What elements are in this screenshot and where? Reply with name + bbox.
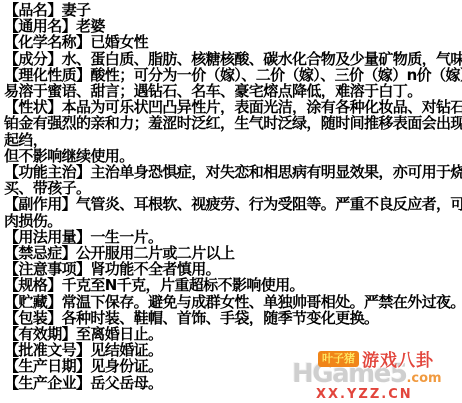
line-precautions: 【注意事项】肾功能不全者慎用。 (4, 261, 462, 277)
line-contraindications: 【禁忌症】公开服用二片或二片以上 (4, 245, 462, 261)
line-appearance-cont3: 但不影响继续使用。 (4, 148, 462, 164)
line-ingredients: 【成分】水、蛋白质、脂肪、核糖核酸、碳水化合物及少量矿物质，气味幽香。 (4, 51, 462, 67)
wife-spoof-drug-label-page: 【品名】妻子 【通用名】老婆 【化学名称】已婚女性 【成分】水、蛋白质、脂肪、核… (0, 0, 462, 403)
line-properties-cont: 易溶于蜜语、甜言；遇钻石、名车、豪宅熔点降低，难溶于白丁。 (4, 83, 462, 99)
label-text-block: 【品名】妻子 【通用名】老婆 【化学名称】已婚女性 【成分】水、蛋白质、脂肪、核… (4, 2, 462, 391)
line-chemical-name: 【化学名称】已婚女性 (4, 34, 462, 50)
line-appearance-cont1: 铂金有强烈的亲和力；羞涩时泛红，生气时泛绿，随时间推移表面会出现黄斑， (4, 115, 462, 131)
line-packaging: 【包装】各种时装、鞋帽、首饰、手袋，随季节变化更换。 (4, 310, 462, 326)
line-storage: 【贮藏】常温下保存。避免与成群女性、单独帅哥相处。严禁在外过夜。 (4, 294, 462, 310)
line-generic-name: 【通用名】老婆 (4, 18, 462, 34)
line-side-effects-cont: 肉损伤。 (4, 213, 462, 229)
line-appearance: 【性状】本品为可乐状凹凸异性片，表面光洁，涂有各种化妆品、对钻石、 (4, 99, 462, 115)
line-appearance-cont2: 起绉， (4, 132, 462, 148)
line-indications: 【功能主治】主治单身恐惧症，对失恋和相思病有明显效果，亦可用于烧淘洗 (4, 164, 462, 180)
line-side-effects: 【副作用】气管炎、耳根软、视疲劳、行为受阻等。严重不良反应者，可致皮 (4, 196, 462, 212)
line-dosage: 【用法用量】一生一片。 (4, 229, 462, 245)
line-properties: 【理化性质】酸性；可分为一价（嫁）、二价（嫁）、三价（嫁）n价（嫁）。 (4, 67, 462, 83)
line-manufacturer: 【生产企业】岳父岳母。 (4, 375, 462, 391)
line-approval-number: 【批准文号】见结婚证。 (4, 342, 462, 358)
line-expiry: 【有效期】至离婚日止。 (4, 326, 462, 342)
line-indications-cont: 买、带孩子。 (4, 180, 462, 196)
line-production-date: 【生产日期】见身份证。 (4, 358, 462, 374)
line-product-name: 【品名】妻子 (4, 2, 462, 18)
line-specification: 【规格】千克至N千克，片重超标不影响使用。 (4, 277, 462, 293)
